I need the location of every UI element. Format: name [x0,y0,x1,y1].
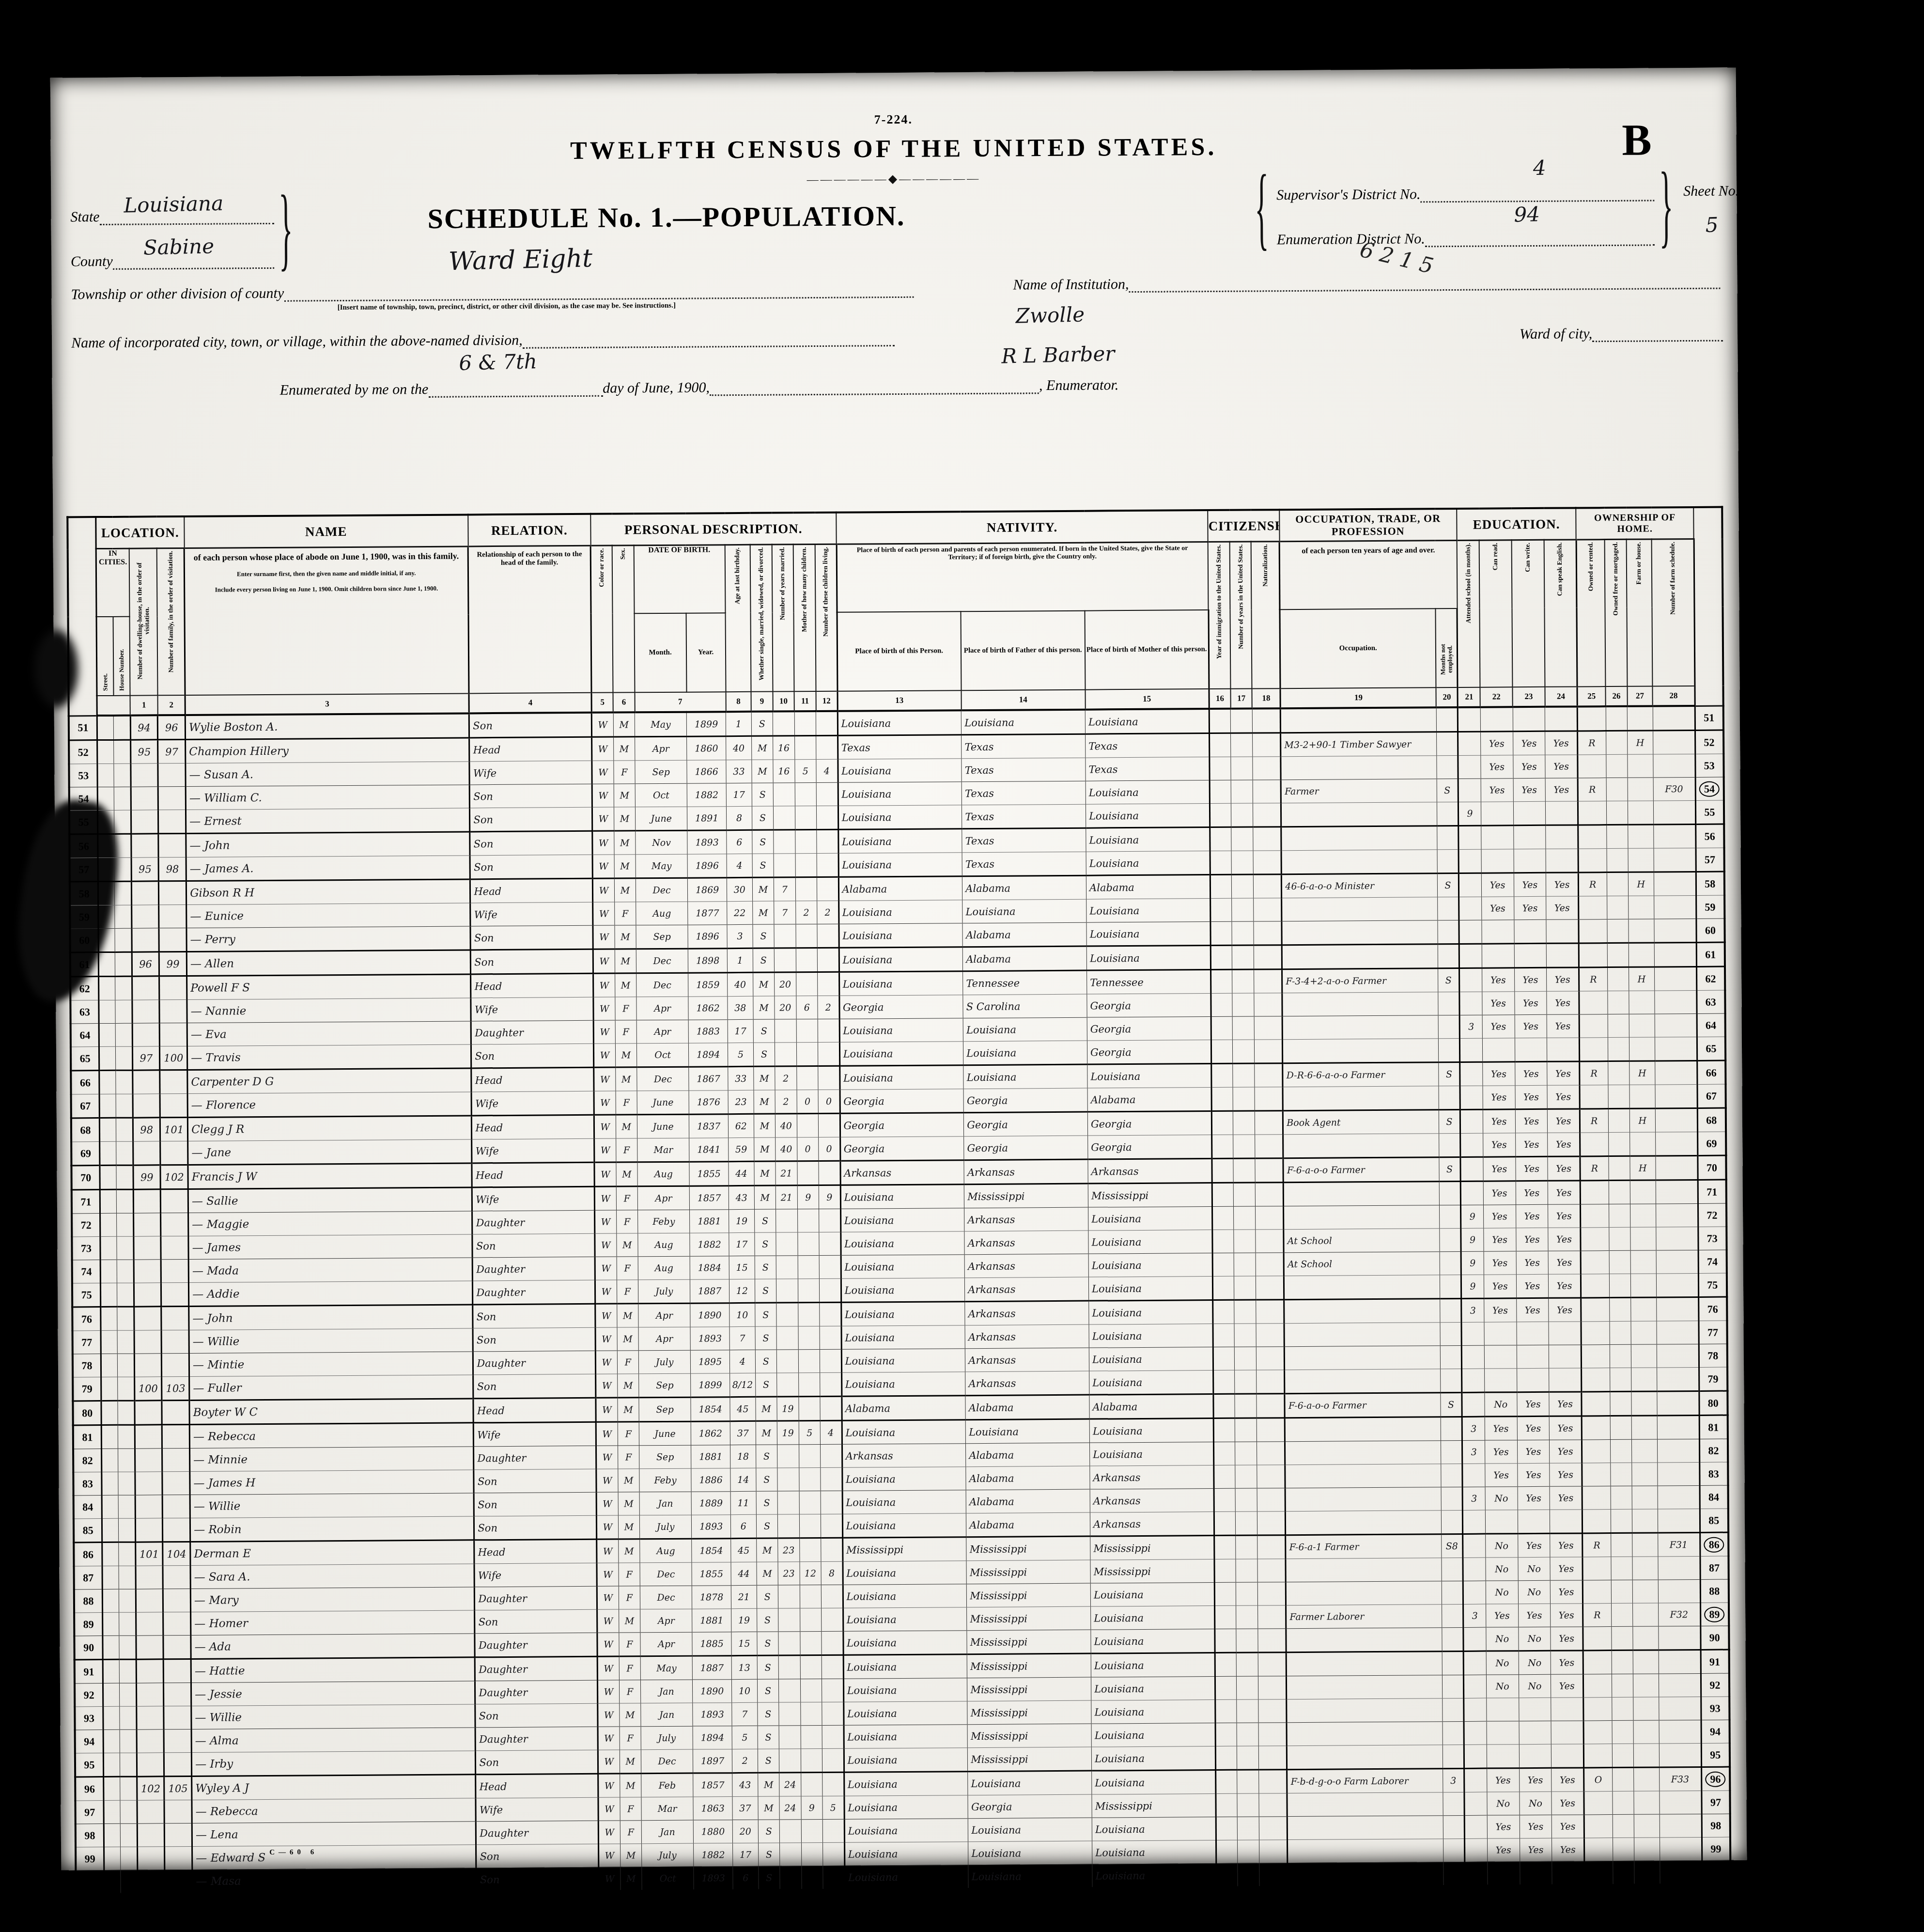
cell-farm-house [1631,1297,1657,1321]
cell-street [98,857,115,881]
cell-marital: S [758,1726,779,1749]
cell-marital: S [757,1702,779,1726]
cell-pob-father: Louisiana [965,1419,1089,1444]
cell-dwelling [135,1449,162,1472]
cell-farm-house: H [1630,1156,1656,1180]
cell-marital: S [753,924,775,948]
cell-english [1552,1744,1584,1768]
cell-pob-mother: Mississippi [1090,1536,1214,1560]
enumeration-value: 94 [1514,202,1540,226]
cell-age: 40 [728,972,753,996]
cell-mortgage [1607,848,1629,872]
cell-farm-house [1628,825,1654,848]
line-number: 68 [71,1118,100,1142]
enumerated-line: Enumerated by me on the day of June, 190… [280,373,1501,398]
cell-can-write: No [1519,1792,1552,1815]
schedule-title: SCHEDULE No. 1.—POPULATION. [254,199,1078,236]
cell-months-unemployed [1443,1745,1464,1768]
cell-pob: Louisiana [843,1607,967,1632]
cell-birth-year: 1890 [693,1680,732,1703]
cell-pob: Louisiana [844,1819,968,1843]
group-citizenship: CITIZENSHIP. [1208,510,1280,542]
cell-street [101,1425,118,1449]
cell-english: Yes [1547,991,1579,1014]
cell-can-write: Yes [1513,731,1545,755]
cell-school: 9 [1461,1275,1484,1298]
cell-naturalization [1256,1347,1285,1370]
cell-relation: Head [472,1162,594,1187]
cell-birth-month: Aug [638,1256,690,1280]
cell-marital: S [753,1043,775,1066]
cell-family [165,1823,192,1846]
line-number: 92 [1701,1673,1729,1697]
cell-immigration [1215,1652,1237,1676]
line-number: 53 [69,764,97,787]
cell-relation: Daughter [472,1210,595,1234]
cell-pob: Louisiana [841,1302,965,1326]
cell-marital: M [753,996,775,1019]
cell-english: Yes [1548,1204,1581,1228]
cell-name: — Willie [190,1493,474,1518]
cell-months-unemployed [1437,897,1459,920]
line-number: 70 [1697,1155,1726,1180]
cell-school [1463,1627,1486,1651]
cell-name: — Perry [186,926,471,952]
cell-house [116,1118,133,1141]
cell-marital: M [752,901,774,924]
cell-farm-house [1632,1509,1658,1533]
cell-house [119,1636,136,1659]
cell-occupation [1282,992,1438,1016]
cell-birth-year: 1862 [688,997,728,1020]
cell-years-us [1237,1723,1258,1746]
cell-farm-house [1629,943,1654,967]
cell-sex: M [614,855,636,878]
cell-age: 44 [729,1161,754,1185]
cell-birth-month: Apr [638,1327,690,1351]
col-pob-header: Place of birth of this Person. [837,611,962,691]
cell-pob-mother: Louisiana [1092,1817,1216,1841]
cell-naturalization [1257,1582,1286,1605]
cell-years-married [776,1279,798,1303]
cell-street [100,1189,117,1213]
cell-months-unemployed [1437,802,1459,826]
cell-color: W [592,737,614,761]
col-years-us-header: Number of years in the United States. [1229,542,1252,689]
cell-pob: Louisiana [841,1325,965,1350]
cell-age: 15 [731,1632,757,1655]
cell-street [98,810,115,834]
cell-color: W [596,1398,618,1422]
ward-line: Ward of city, [1520,324,1723,343]
cell-can-write: Yes [1515,1014,1547,1038]
cell-english: Yes [1552,1815,1584,1838]
cell-months-unemployed [1443,1721,1464,1745]
cell-mother-children [801,1772,822,1796]
cell-can-read: No [1486,1627,1519,1651]
cell-occupation [1285,1487,1441,1511]
cell-children-living [820,1326,841,1349]
cell-years-married [776,1326,798,1350]
cell-months-unemployed [1439,1133,1460,1157]
cell-months-unemployed [1440,1275,1461,1298]
cell-mother-children [800,1585,822,1608]
cell-mother-children [796,972,818,996]
cell-farm-schedule [1654,990,1696,1014]
cell-dwelling: 97 [132,1046,160,1070]
line-number: 60 [70,929,98,952]
cell-name: Derman E [190,1540,475,1566]
cell-school [1458,755,1481,779]
cell-occupation [1287,1792,1443,1817]
cell-name: Gibson R H [186,879,470,905]
cell-pob: Louisiana [843,1654,967,1679]
cell-english: Yes [1546,896,1579,919]
cell-family [158,810,186,833]
cell-immigration [1210,827,1232,851]
cell-children-living: 2 [817,901,839,924]
cell-pob-mother: Arkansas [1090,1512,1214,1537]
cell-months-unemployed: S [1437,873,1459,897]
cell-sex: M [615,925,636,949]
cell-owned-rented [1582,1392,1610,1416]
cell-years-us [1234,1276,1256,1300]
cell-english [1551,1721,1583,1744]
institution-line: Name of Institution, [1013,271,1720,294]
cell-marital: S [757,1632,778,1655]
cell-months-unemployed [1441,1510,1463,1534]
cell-months-unemployed: 3 [1443,1768,1464,1792]
cell-immigration [1212,1253,1234,1276]
cell-immigration [1210,757,1231,780]
cell-occupation [1288,1839,1443,1863]
cell-years-married: 21 [776,1185,797,1209]
cell-immigration [1210,851,1232,874]
col-street-header: Street. [96,617,113,696]
line-number: 62 [70,977,99,1000]
cell-years-married [778,1585,800,1608]
line-number: 88 [1700,1579,1729,1603]
cell-birth-year: 1881 [690,1210,729,1233]
cell-dwelling [131,881,159,905]
cell-age: 15 [729,1256,755,1279]
col-month-header: Month. [634,613,686,692]
cell-children-living [822,1655,843,1679]
cell-color: W [598,1821,620,1844]
cell-street [100,1141,117,1165]
cell-owned-rented: R [1583,1533,1611,1557]
cell-color: W [598,1774,620,1797]
cell-occupation [1282,1015,1438,1040]
cell-owned-rented [1579,943,1607,967]
cell-birth-month: Dec [636,973,688,997]
cell-birth-year: 1890 [690,1303,729,1327]
cell-house [114,810,131,834]
cell-occupation [1284,1323,1440,1347]
cell-immigration [1212,1206,1234,1230]
cell-pob: Louisiana [838,805,962,830]
group-education: EDUCATION. [1457,508,1576,540]
cell-marital: S [755,1303,776,1326]
cell-owned-rented [1584,1815,1613,1838]
cell-name: — Irby [191,1751,476,1776]
cell-occupation [1288,1862,1443,1887]
cell-street [97,740,114,763]
cell-farm-house: H [1629,1061,1655,1085]
cell-pob-father: Texas [962,828,1086,853]
cell-can-read: Yes [1483,1133,1515,1157]
cell-pob-mother: Louisiana [1085,709,1209,734]
cell-months-unemployed [1439,1181,1461,1205]
cell-pob-father: Georgia [968,1794,1092,1819]
cell-street [102,1449,119,1472]
cell-pob-mother: Tennessee [1087,970,1211,995]
cell-farm-house [1629,896,1654,919]
cell-mother-children [798,1326,820,1350]
cell-english [1546,801,1578,825]
line-number: 76 [72,1307,101,1331]
group-location: LOCATION. [96,516,184,549]
cell-birth-year: 1854 [692,1539,731,1562]
cell-pob: Louisiana [838,900,962,924]
cell-months-unemployed [1442,1627,1464,1651]
cell-relation: Son [470,925,593,950]
cell-pob-mother: Louisiana [1086,946,1210,971]
cell-pob: Louisiana [843,1631,967,1655]
cell-mortgage [1607,896,1629,919]
cell-occupation: F-3-4+2-a-o-o Farmer [1282,968,1438,993]
cell-can-write: No [1518,1627,1551,1651]
cell-farm-house [1633,1603,1659,1626]
cell-immigration [1212,1276,1234,1300]
cell-dwelling [136,1636,164,1659]
county-label: County [71,253,113,270]
cell-dwelling [134,1354,162,1377]
cell-mortgage [1607,872,1629,896]
cell-mortgage [1612,1674,1633,1697]
cell-farm-schedule [1659,1650,1701,1674]
cell-color: W [593,902,615,925]
cell-school: 3 [1462,1440,1485,1464]
cell-can-read: No [1486,1558,1518,1581]
cell-pob-father: Mississippi [967,1606,1091,1631]
cell-mortgage [1613,1861,1634,1885]
cell-color: W [594,1138,616,1162]
cell-children-living [821,1444,842,1467]
cell-owned-rented [1583,1721,1612,1744]
cell-can-read: Yes [1482,1015,1515,1038]
cell-birth-year: 1837 [689,1114,729,1138]
cell-pob-mother: Alabama [1086,875,1210,900]
cell-birth-month: Jan [641,1703,693,1727]
cell-color: W [597,1515,619,1539]
cell-years-us [1233,1135,1255,1158]
line-col-header [1693,507,1723,706]
line-number: 94 [75,1730,104,1753]
cell-english: Yes [1552,1792,1584,1815]
cell-months-unemployed [1440,1251,1461,1275]
cell-mother-children [798,1303,820,1326]
cell-birth-year: 1899 [686,712,726,736]
cell-color: W [598,1727,620,1750]
cell-color: W [596,1446,618,1469]
cell-months-unemployed: S [1439,1109,1460,1133]
cell-marital: S [758,1843,780,1866]
cell-pob: Mississippi [842,1537,966,1562]
cell-name: Clegg J R [187,1116,472,1141]
cell-mortgage [1609,1204,1630,1227]
cell-years-us [1232,874,1254,898]
cell-naturalization [1252,708,1281,733]
line-number: 65 [1697,1037,1725,1060]
cell-sex: M [619,1609,640,1633]
nativity-note: Place of birth of each person and parent… [837,542,1209,612]
cell-years-married [780,1843,802,1866]
cell-can-read: No [1486,1675,1519,1698]
cell-family [162,1400,189,1424]
cell-owned-rented [1580,1133,1609,1156]
cell-naturalization [1253,898,1282,921]
cell-marital: S [753,1019,775,1043]
cell-naturalization [1257,1418,1285,1442]
cell-school: 3 [1462,1487,1485,1510]
line-number: 83 [1699,1462,1728,1485]
cell-name: — James H [190,1470,474,1495]
line-number: 100 [1702,1860,1730,1885]
cell-family: 102 [160,1165,188,1189]
cell-can-write: Yes [1515,1156,1548,1181]
cell-occupation: D-R-6-6-a-o-o Farmer [1283,1062,1439,1087]
cell-can-write: Yes [1516,1298,1549,1322]
cell-pob: Georgia [840,1089,964,1114]
line-number: 82 [73,1449,102,1472]
cell-house [115,881,132,905]
cell-color: W [593,997,615,1020]
cell-farm-schedule [1660,1860,1702,1885]
cell-birth-month: Apr [640,1609,692,1633]
dob-header: DATE OF BIRTH. [634,545,725,614]
cell-age: 20 [732,1820,758,1843]
cell-birth-month: Mar [637,1138,689,1162]
cell-children-living [816,711,838,736]
cell-age: 45 [730,1397,756,1421]
cell-age: 30 [727,877,752,901]
cell-dwelling: 94 [130,715,158,740]
cell-years-us [1233,1087,1255,1111]
cell-farm-schedule [1654,895,1696,919]
cell-marital: M [751,736,773,760]
cell-immigration [1210,803,1231,827]
cell-mortgage [1611,1509,1632,1533]
cell-age: 37 [730,1421,756,1445]
cell-pob-father: Louisiana [968,1841,1092,1865]
cell-name: — Willie [191,1704,476,1729]
cell-can-write: Yes [1517,1392,1549,1416]
cell-age: 44 [731,1562,757,1585]
cell-school [1464,1745,1487,1768]
cell-name: — Jessie [191,1681,476,1706]
cell-relation: Wife [472,1186,595,1211]
cell-years-married [777,1373,799,1397]
cell-relation: Son [475,1609,597,1634]
cell-dwelling: 95 [131,857,159,881]
cell-years-us [1238,1840,1259,1863]
cell-occupation [1287,1675,1443,1699]
township-label: Township or other division of county [71,285,284,303]
cell-pob-mother: Louisiana [1089,1418,1213,1443]
cell-english: Yes [1545,731,1578,755]
cell-mortgage [1611,1557,1633,1580]
cell-school [1464,1698,1487,1721]
cell-farm-schedule [1655,1060,1697,1085]
cell-birth-month: Apr [637,1186,689,1210]
cell-mother-children [799,1538,821,1562]
cell-years-us [1234,1253,1256,1276]
cell-sex: M [617,1374,639,1398]
cell-name: — Fuller [189,1375,474,1401]
cell-immigration [1210,945,1232,969]
cell-mortgage [1606,754,1628,778]
cell-farm-house [1630,1250,1656,1274]
cell-years-married: 24 [779,1773,801,1796]
cell-pob-father: Mississippi [967,1700,1091,1725]
cell-naturalization [1257,1488,1286,1511]
cell-color: W [595,1351,617,1374]
line-number: 51 [69,716,97,740]
line-number: 80 [73,1401,101,1425]
cell-color: W [595,1304,617,1327]
cell-can-write: Yes [1518,1533,1550,1557]
enumeration-label: Enumeration District No. [1277,231,1425,248]
cell-marital: S [756,1491,778,1514]
cell-naturalization [1254,1063,1283,1087]
cell-color: W [593,949,615,973]
cell-age: 23 [728,1090,754,1114]
cell-can-write: Yes [1514,873,1546,896]
cell-house [117,1236,134,1260]
cell-farm-house [1634,1861,1660,1885]
cell-months-unemployed: S [1439,1157,1461,1181]
cell-pob-mother: Louisiana [1092,1864,1216,1888]
cell-pob-mother: Louisiana [1086,922,1210,947]
cell-relation: Daughter [473,1280,595,1305]
cell-name: — James A. [186,856,470,881]
cell-farm-schedule: F31 [1658,1532,1700,1557]
cell-mother-children [800,1631,822,1655]
cell-pob-father: Arkansas [964,1207,1088,1231]
cell-children-living [819,1255,841,1278]
line-number: 70 [71,1166,100,1190]
cell-family [160,1023,187,1046]
cell-can-read: Yes [1483,1157,1516,1181]
cell-marital: S [758,1749,779,1773]
cell-house [120,1800,137,1823]
cell-street [104,1800,121,1823]
cell-farm-schedule [1658,1556,1700,1580]
cell-dwelling: 98 [133,1118,160,1141]
cell-can-write [1519,1698,1551,1721]
cell-pob-father: Texas [962,781,1086,805]
cell-relation: Son [469,713,592,738]
cell-farm-schedule [1659,1720,1701,1744]
cell-birth-month: Sep [635,760,687,784]
cell-relation: Daughter [473,1257,595,1281]
cell-name: — James [188,1234,473,1260]
cell-name: — Maggie [188,1211,473,1236]
cell-pob-father: Alabama [966,1443,1090,1467]
cell-dwelling [135,1518,163,1542]
cell-marital: S [757,1679,779,1702]
